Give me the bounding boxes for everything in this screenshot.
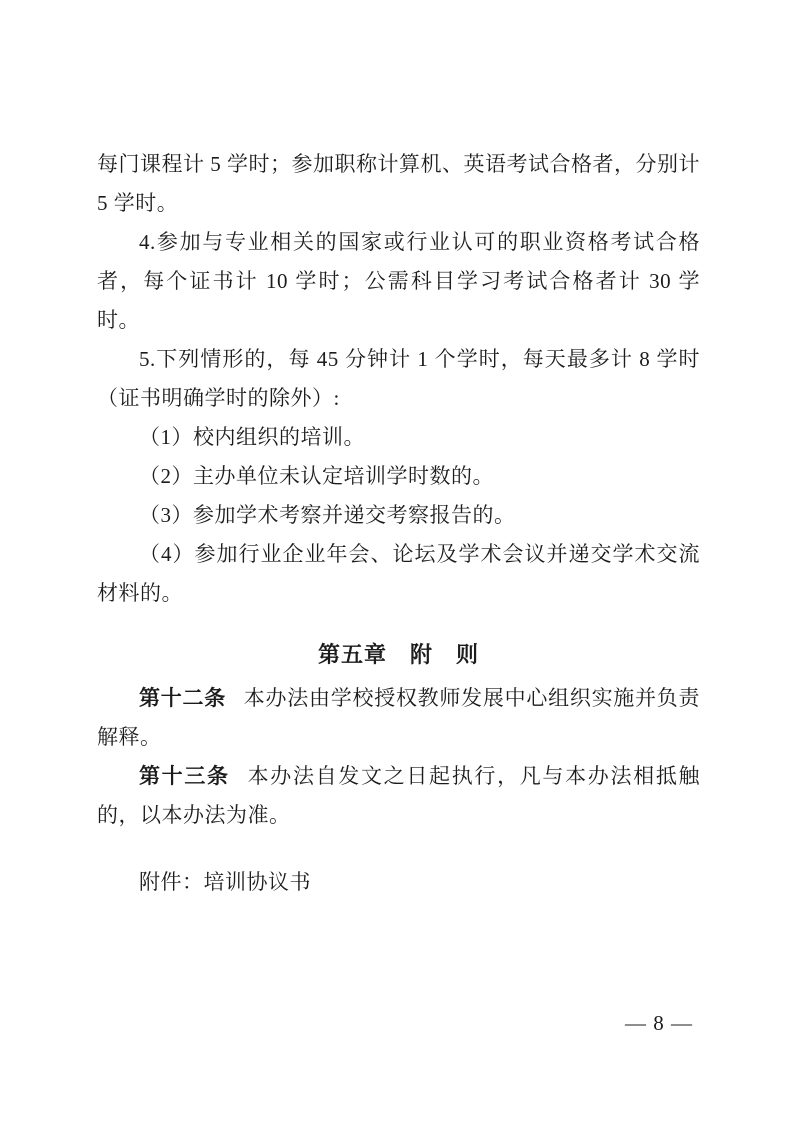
document-page: 每门课程计 5 学时；参加职称计算机、英语考试合格者，分别计 5 学时。 4.参… (0, 0, 793, 1122)
article-12-label: 第十二条 (139, 687, 226, 710)
sub-item-2: （2）主办单位未认定培训学时数的。 (97, 457, 700, 496)
sub-item-4: （4）参加行业企业年会、论坛及学术会议并递交学术交流材料的。 (97, 535, 700, 613)
article-12: 第十二条本办法由学校授权教师发展中心组织实施并负责解释。 (97, 679, 700, 757)
attachment-note: 附件：培训协议书 (97, 863, 700, 902)
numbered-item-5: 5.下列情形的，每 45 分钟计 1 个学时，每天最多计 8 学时（证书明确学时… (97, 340, 700, 418)
continuation-paragraph: 每门课程计 5 学时；参加职称计算机、英语考试合格者，分别计 5 学时。 (97, 145, 700, 223)
sub-item-3: （3）参加学术考察并递交考察报告的。 (97, 496, 700, 535)
numbered-item-4: 4.参加与专业相关的国家或行业认可的职业资格考试合格者，每个证书计 10 学时；… (97, 223, 700, 340)
article-13: 第十三条本办法自发文之日起执行，凡与本办法相抵触的，以本办法为准。 (97, 757, 700, 835)
sub-item-1: （1）校内组织的培训。 (97, 418, 700, 457)
article-13-label: 第十三条 (139, 765, 230, 788)
document-body: 每门课程计 5 学时；参加职称计算机、英语考试合格者，分别计 5 学时。 4.参… (97, 145, 700, 902)
page-number: — 8 — (625, 1004, 693, 1043)
chapter-heading: 第五章 附 则 (97, 633, 700, 677)
